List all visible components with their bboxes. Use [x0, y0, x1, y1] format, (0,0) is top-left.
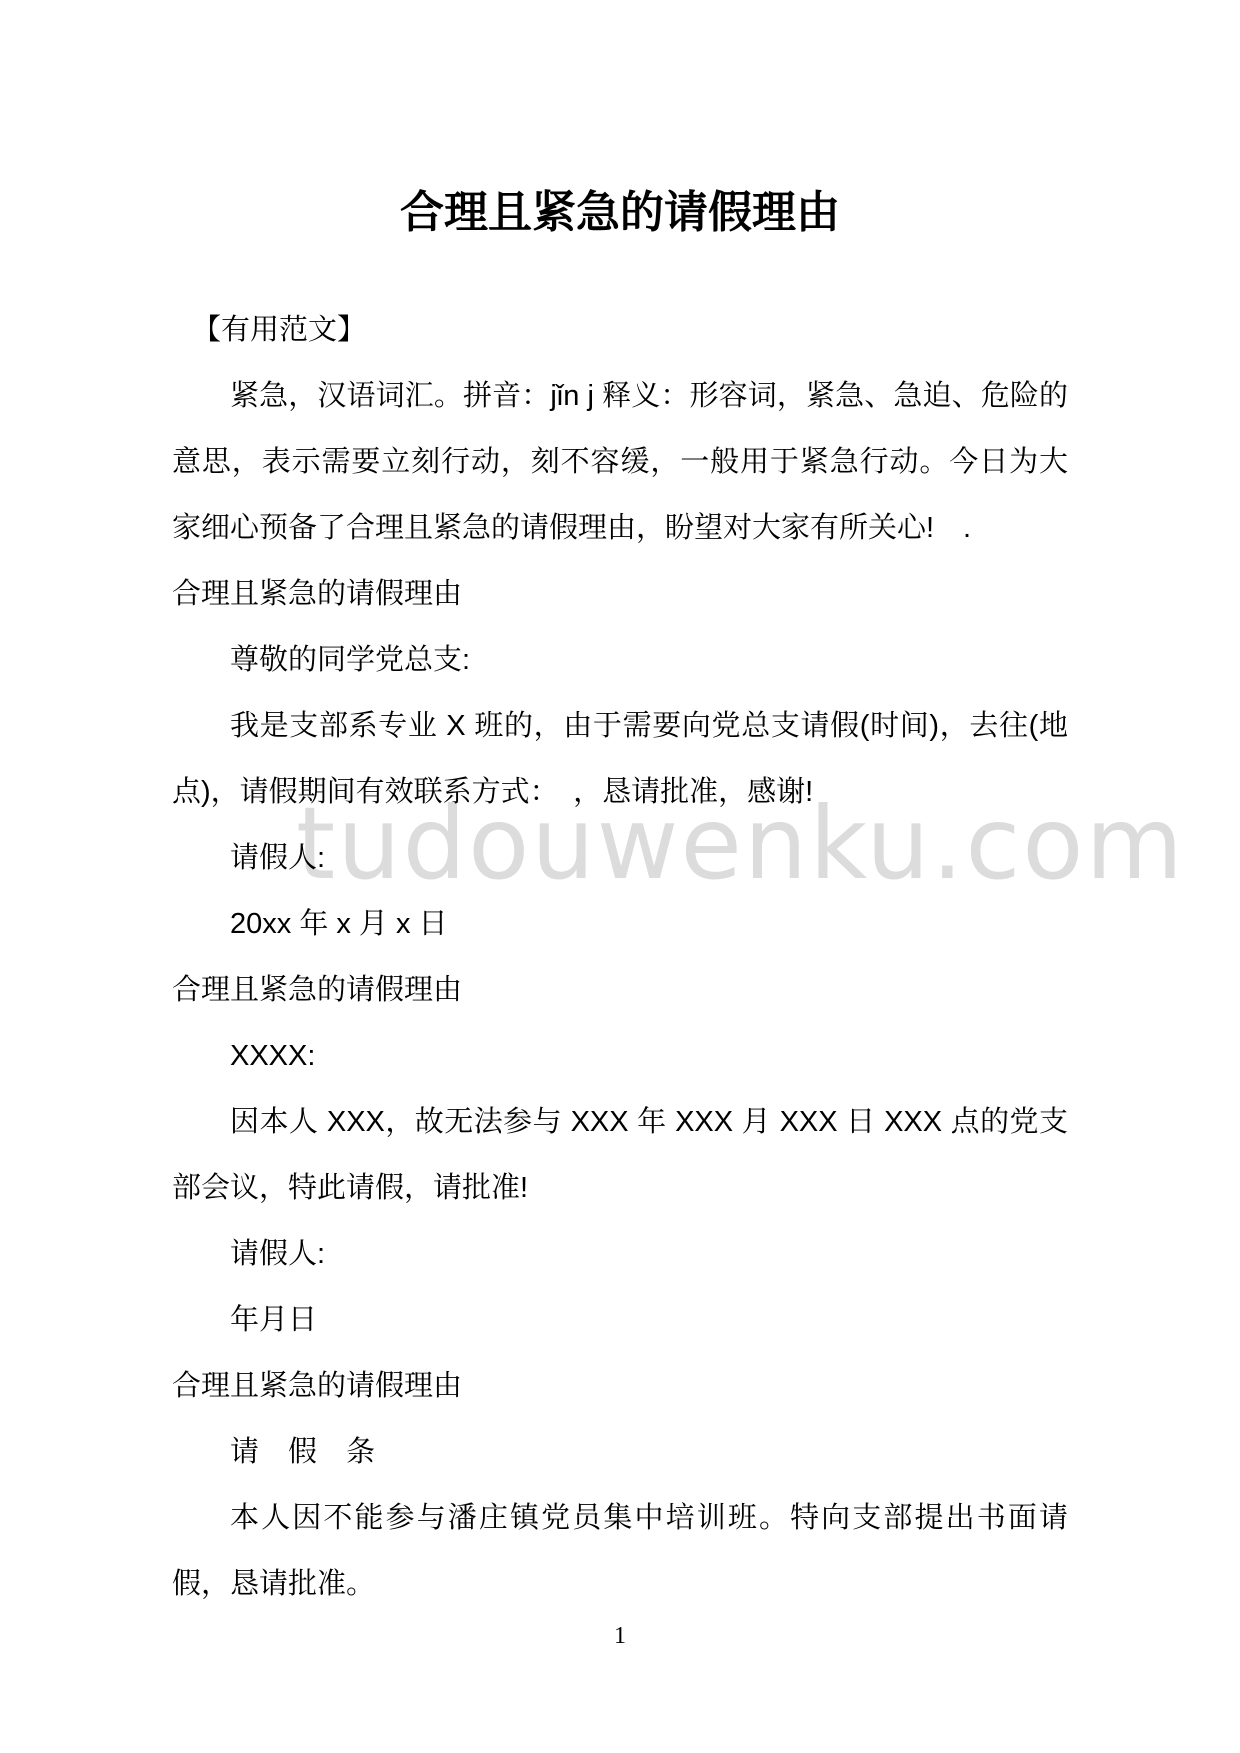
paragraph: 我是支部系专业 X 班的，由于需要向党总支请假(时间)，去往(地点)，请假期间有…: [172, 693, 1068, 825]
paragraph: 【有用范文】: [172, 297, 1068, 363]
paragraph: 合理且紧急的请假理由: [172, 957, 1068, 1023]
paragraph: 合理且紧急的请假理由: [172, 1353, 1068, 1419]
paragraph: 尊敬的同学党总支:: [172, 627, 1068, 693]
document-title: 合理且紧急的请假理由: [172, 183, 1068, 243]
document-body: 【有用范文】紧急，汉语词汇。拼音：jǐn j 释义：形容词，紧急、急迫、危险的意…: [172, 297, 1068, 1617]
paragraph: 请假人:: [172, 1221, 1068, 1287]
document-page: tudouwenku.com 合理且紧急的请假理由 【有用范文】紧急，汉语词汇。…: [0, 0, 1240, 1753]
page-number: 1: [0, 1622, 1240, 1650]
paragraph: 本人因不能参与潘庄镇党员集中培训班。特向支部提出书面请假，恳请批准。: [172, 1485, 1068, 1617]
paragraph: 请 假 条: [172, 1419, 1068, 1485]
paragraph: 20xx 年 x 月 x 日: [172, 891, 1068, 957]
paragraph: 请假人:: [172, 825, 1068, 891]
paragraph: 因本人 XXX，故无法参与 XXX 年 XXX 月 XXX 日 XXX 点的党支…: [172, 1089, 1068, 1221]
paragraph: XXXX:: [172, 1023, 1068, 1089]
paragraph: 年月日: [172, 1287, 1068, 1353]
paragraph: 紧急，汉语词汇。拼音：jǐn j 释义：形容词，紧急、急迫、危险的意思，表示需要…: [172, 363, 1068, 561]
paragraph: 合理且紧急的请假理由: [172, 561, 1068, 627]
